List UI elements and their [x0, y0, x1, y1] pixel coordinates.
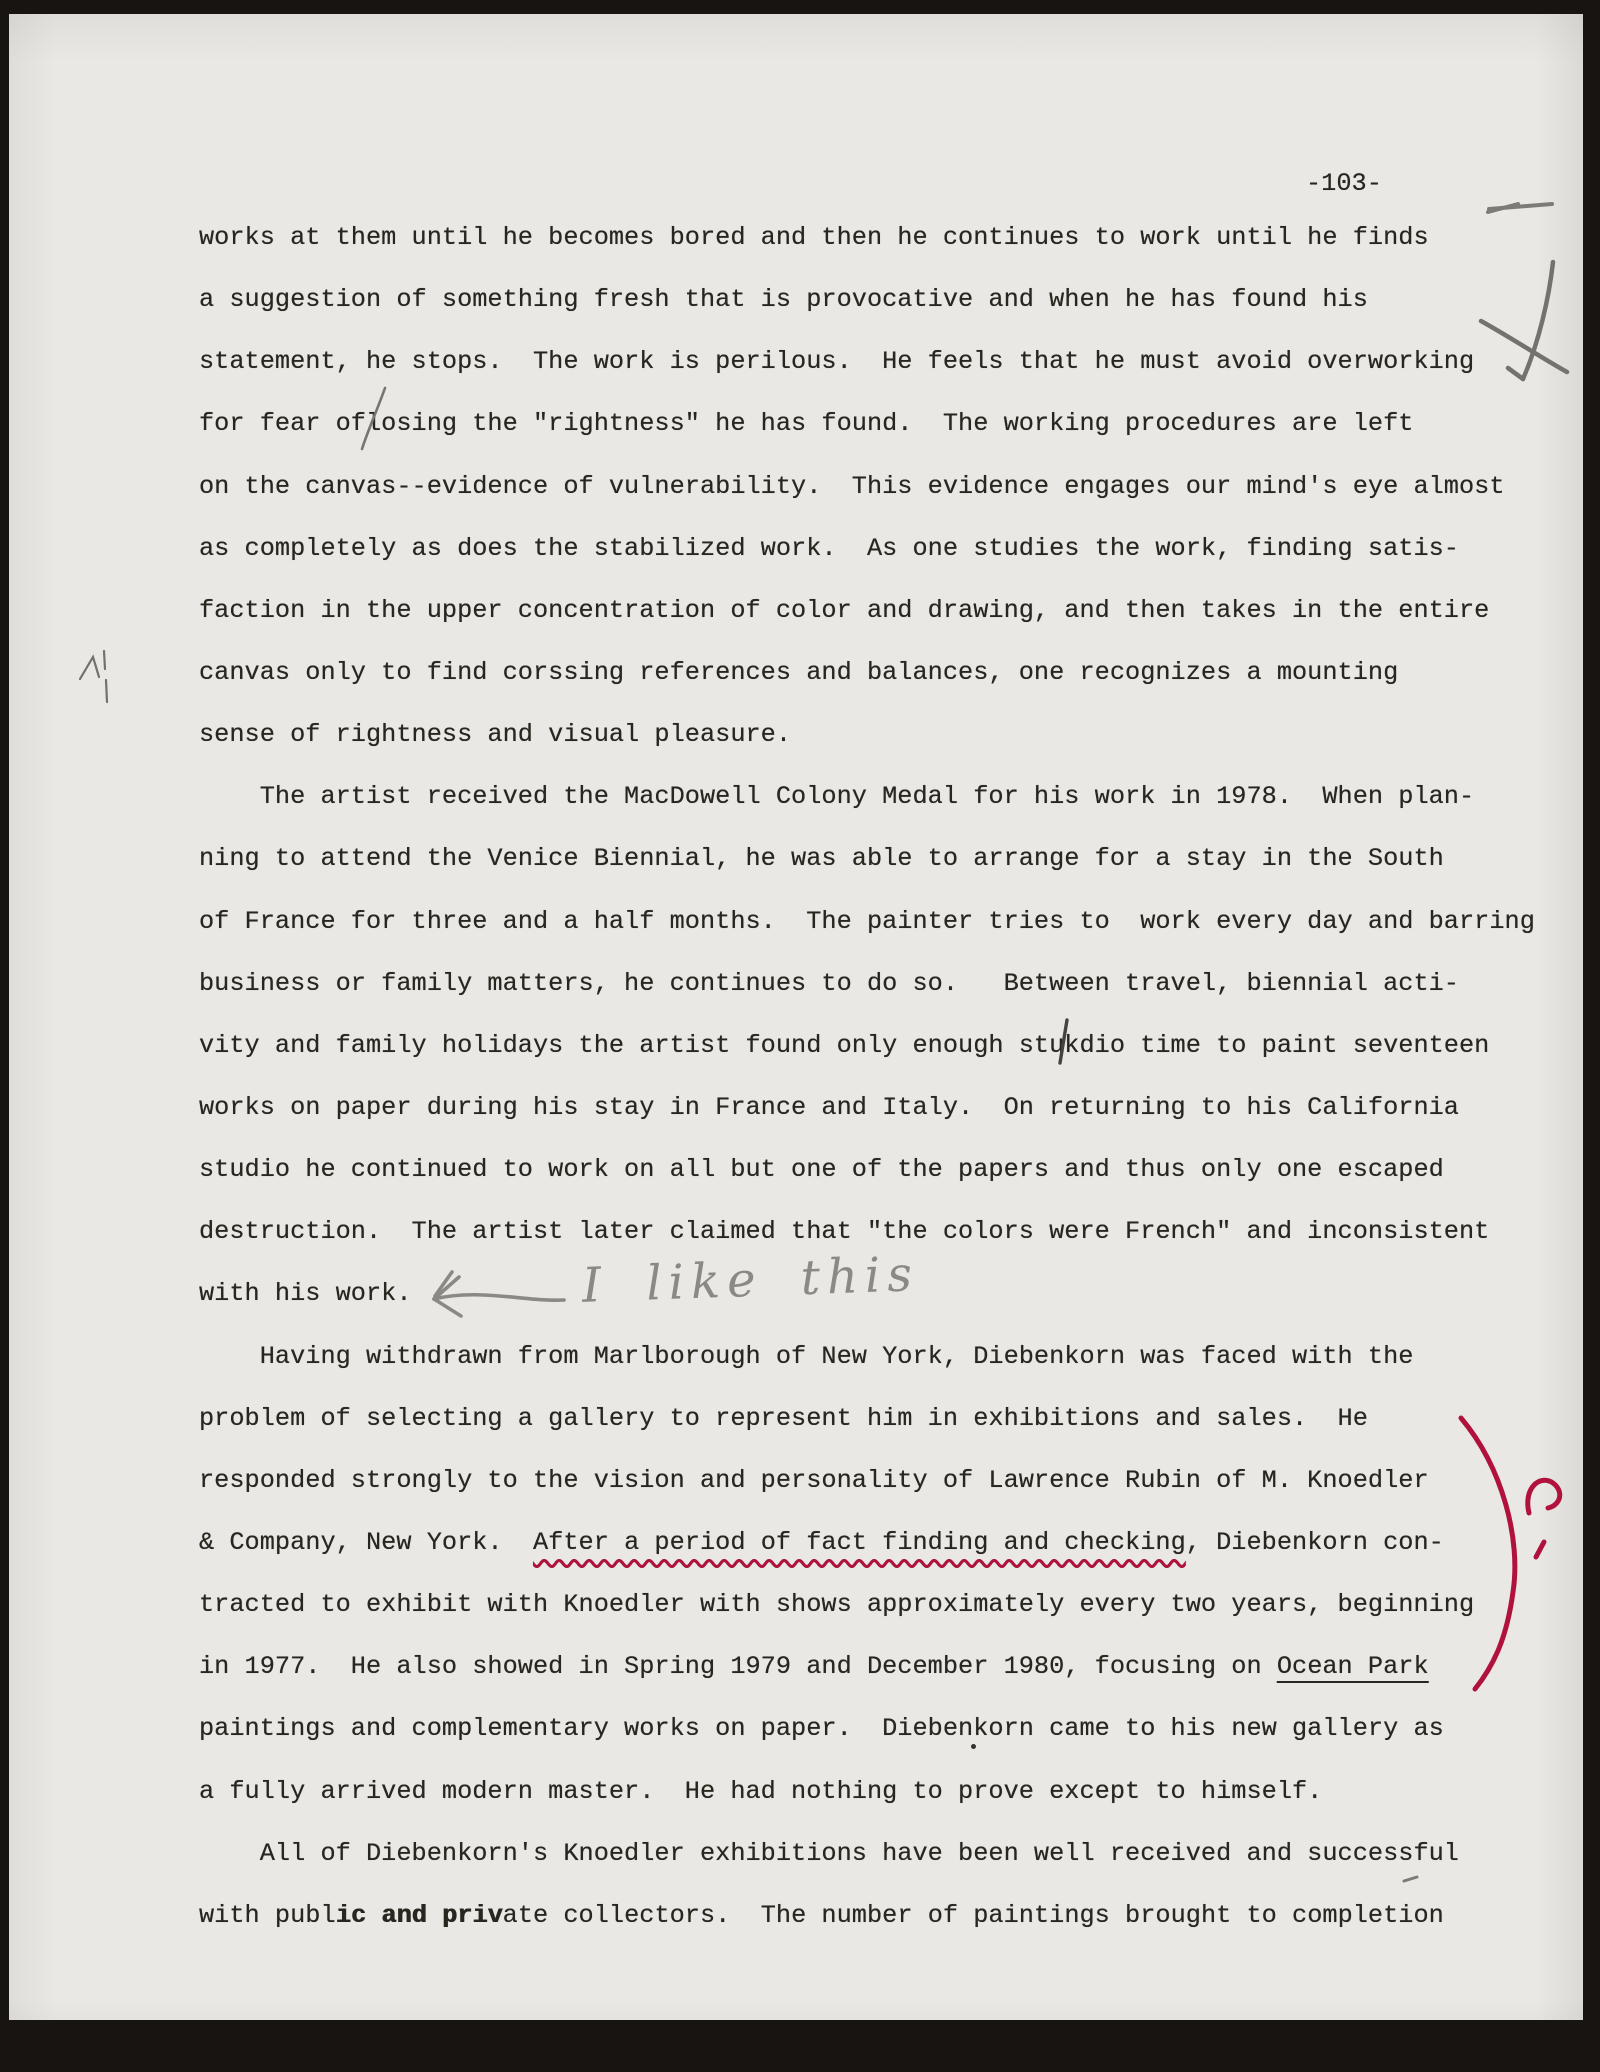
typed-line: vity and family holidays the artist foun… — [199, 1015, 1569, 1077]
typed-line: problem of selecting a gallery to repres… — [199, 1388, 1569, 1450]
typed-line: ning to attend the Venice Biennial, he w… — [199, 828, 1569, 890]
typed-text-segment: as completely as does the stabilized wor… — [199, 534, 1459, 563]
typed-line: in 1977. He also showed in Spring 1979 a… — [199, 1636, 1569, 1698]
typed-text-segment: works at them until he becomes bored and… — [199, 223, 1429, 252]
typed-text-segment: in 1977. He also showed in Spring 1979 a… — [199, 1652, 1277, 1681]
stray-period-mark — [971, 1744, 976, 1749]
scan-border-top — [0, 0, 1600, 14]
typed-line: Having withdrawn from Marlborough of New… — [199, 1326, 1569, 1388]
typed-line: & Company, New York. After a period of f… — [199, 1512, 1569, 1574]
typed-line: of France for three and a half months. T… — [199, 891, 1569, 953]
typed-line: faction in the upper concentration of co… — [199, 580, 1569, 642]
typed-text-segment: The artist received the MacDowell Colony… — [199, 782, 1474, 811]
typed-text-segment: All of Diebenkorn's Knoedler exhibitions… — [199, 1839, 1459, 1868]
typed-line: works at them until he becomes bored and… — [199, 207, 1569, 269]
typed-line: with public and private collectors. The … — [199, 1885, 1569, 1947]
typed-text-segment: studio he continued to work on all but o… — [199, 1155, 1444, 1184]
scan-border-left — [0, 0, 9, 2072]
typed-line: paintings and complementary works on pap… — [199, 1698, 1569, 1760]
typed-text-segment: ate collectors. The number of paintings … — [503, 1901, 1444, 1930]
typed-line: The artist received the MacDowell Colony… — [199, 766, 1569, 828]
typed-text-segment: works on paper during his stay in France… — [199, 1093, 1459, 1122]
typed-line: responded strongly to the vision and per… — [199, 1450, 1569, 1512]
typed-line: a fully arrived modern master. He had no… — [199, 1761, 1569, 1823]
typed-lines: works at them until he becomes bored and… — [199, 207, 1569, 1947]
margin-scribble-mark — [80, 651, 107, 702]
typed-text-segment: with his work. — [199, 1279, 412, 1308]
handwritten-note: I like this — [581, 1246, 920, 1314]
scanned-typescript-page: -103- works at them until he becomes bor… — [0, 0, 1600, 2072]
typed-text-segment: vity and family holidays the artist foun… — [199, 1031, 1489, 1060]
typed-line: on the canvas--evidence of vulnerability… — [199, 456, 1569, 518]
typed-text-segment: Ocean Park — [1277, 1652, 1429, 1681]
typed-text-segment: After a period of fact finding and check… — [533, 1528, 1186, 1557]
typed-text-segment: destruction. The artist later claimed th… — [199, 1217, 1489, 1246]
typed-line: for fear oflosing the "rightness" he has… — [199, 393, 1569, 455]
typed-text-segment: responded strongly to the vision and per… — [199, 1466, 1429, 1495]
typed-text-segment: ic and priv — [336, 1901, 503, 1930]
typed-line: canvas only to find corssing references … — [199, 642, 1569, 704]
typed-text-segment: sense of rightness and visual pleasure. — [199, 720, 791, 749]
typed-line: as completely as does the stabilized wor… — [199, 518, 1569, 580]
typed-line: business or family matters, he continues… — [199, 953, 1569, 1015]
typed-line: All of Diebenkorn's Knoedler exhibitions… — [199, 1823, 1569, 1885]
typed-text-segment: for fear oflosing the "rightness" he has… — [199, 409, 1413, 438]
typed-text-segment: a fully arrived modern master. He had no… — [199, 1777, 1322, 1806]
typed-text-segment: of France for three and a half months. T… — [199, 907, 1535, 936]
typed-text-segment: business or family matters, he continues… — [199, 969, 1459, 998]
typed-line: sense of rightness and visual pleasure. — [199, 704, 1569, 766]
typed-text-segment: on the canvas--evidence of vulnerability… — [199, 472, 1505, 501]
typed-text-segment: paintings and complementary works on pap… — [199, 1714, 1444, 1743]
typed-text-segment: Having withdrawn from Marlborough of New… — [199, 1342, 1413, 1371]
typed-text-segment: & Company, New York. — [199, 1528, 533, 1557]
typed-text-segment: tracted to exhibit with Knoedler with sh… — [199, 1590, 1474, 1619]
typed-text-segment: problem of selecting a gallery to repres… — [199, 1404, 1368, 1433]
typed-line: statement, he stops. The work is perilou… — [199, 331, 1569, 393]
scan-border-bottom — [0, 2020, 1600, 2072]
typed-text-segment: canvas only to find corssing references … — [199, 658, 1398, 687]
typed-text-segment: a suggestion of something fresh that is … — [199, 285, 1368, 314]
typed-line: studio he continued to work on all but o… — [199, 1139, 1569, 1201]
typed-text-segment: statement, he stops. The work is perilou… — [199, 347, 1474, 376]
page-number: -103- — [1306, 169, 1382, 198]
typed-text-segment: ning to attend the Venice Biennial, he w… — [199, 844, 1444, 873]
typed-line: works on paper during his stay in France… — [199, 1077, 1569, 1139]
typed-text-segment: faction in the upper concentration of co… — [199, 596, 1489, 625]
typed-line: tracted to exhibit with Knoedler with sh… — [199, 1574, 1569, 1636]
typed-text-segment: with publ — [199, 1901, 336, 1930]
typed-line: a suggestion of something fresh that is … — [199, 269, 1569, 331]
typed-text-segment: , Diebenkorn con- — [1186, 1528, 1444, 1557]
scan-border-right — [1583, 0, 1600, 2072]
